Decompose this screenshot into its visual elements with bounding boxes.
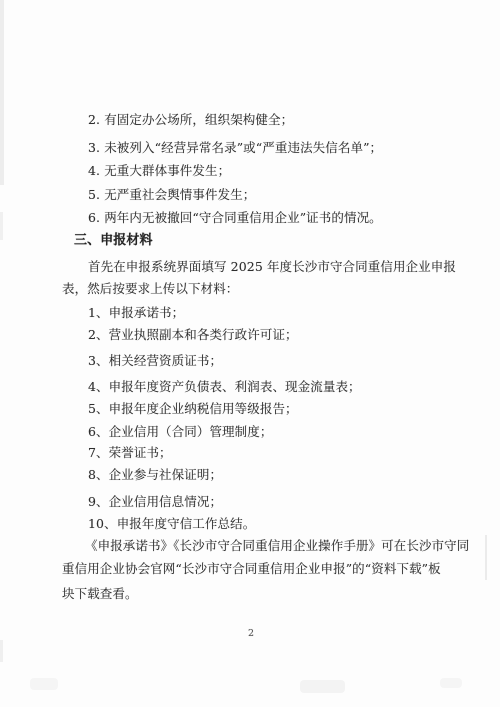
condition-item: 5. 无严重社会舆情事件发生； xyxy=(88,187,255,202)
section-heading: 三、申报材料 xyxy=(74,233,153,248)
scan-artifact-left-mark-bottom xyxy=(0,640,3,662)
scan-artifact-right-line xyxy=(485,535,487,580)
material-item: 1、申报承诺书； xyxy=(88,305,184,320)
condition-item: 6. 两年内无被撤回“守合同重信用企业”证书的情况。 xyxy=(88,210,382,225)
scan-artifact-left-mark xyxy=(0,212,3,240)
material-item: 5、申报年度企业纳税信用等级报告； xyxy=(88,401,298,416)
note-paragraph-line: 重信用企业协会官网“长沙市守合同重信用企业申报”的“资料下载”板 xyxy=(62,561,441,576)
scan-artifact-smudge-2 xyxy=(300,680,345,693)
material-item: 3、相关经营资质证书； xyxy=(88,353,222,368)
note-paragraph-line: 块下载查看。 xyxy=(62,586,138,601)
material-item: 10、申报年度守信工作总结。 xyxy=(88,516,255,531)
intro-paragraph-line: 表，然后按要求上传以下材料： xyxy=(62,281,238,296)
material-item: 4、申报年度资产负债表、利润表、现金流量表； xyxy=(88,379,361,394)
page-number: 2 xyxy=(248,628,254,639)
note-paragraph-line: 《申报承诺书》《长沙市守合同重信用企业操作手册》可在长沙市守同 xyxy=(85,538,469,553)
material-item: 7、荣誉证书； xyxy=(88,445,172,460)
scan-artifact-left-edge xyxy=(0,0,4,185)
condition-item: 3. 未被列入“经营异常名录”或“严重违法失信名单”； xyxy=(88,140,382,155)
condition-item: 4. 无重大群体事件发生； xyxy=(88,163,230,178)
material-item: 6、企业信用（合同）管理制度； xyxy=(88,424,272,439)
document-page: 2. 有固定办公场所，组织架构健全； 3. 未被列入“经营异常名录”或“严重违法… xyxy=(0,0,500,707)
scan-artifact-smudge-3 xyxy=(440,678,462,688)
material-item: 8、企业参与社保证明； xyxy=(88,467,222,482)
scan-artifact-smudge-1 xyxy=(30,678,58,690)
intro-paragraph-line: 首先在申报系统界面填写 2025 年度长沙市守合同重信用企业申报 xyxy=(88,259,456,274)
material-item: 9、企业信用信息情况； xyxy=(88,494,222,509)
material-item: 2、营业执照副本和各类行政许可证； xyxy=(88,327,298,342)
condition-item: 2. 有固定办公场所，组织架构健全； xyxy=(88,112,293,127)
